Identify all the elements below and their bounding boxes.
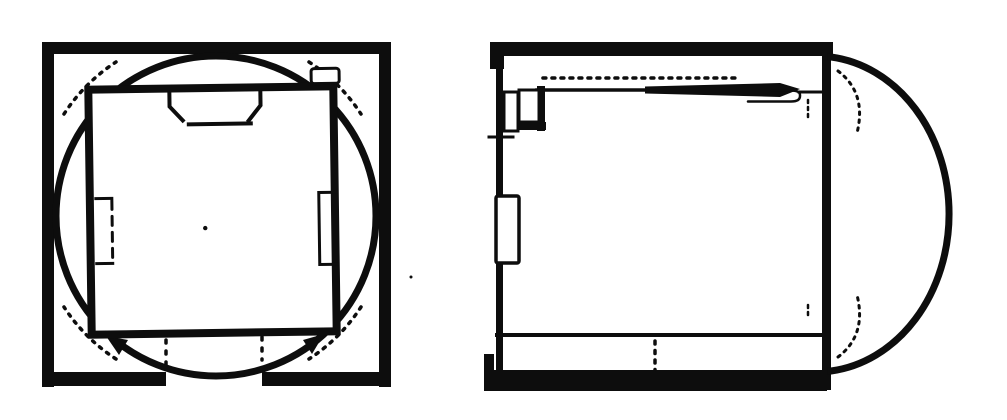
door-swing-arc-top bbox=[838, 71, 860, 133]
figure-bay-room-plan bbox=[484, 42, 949, 391]
left-window bbox=[496, 196, 519, 263]
top-track bbox=[537, 78, 822, 102]
door-swing-arc-bottom bbox=[838, 295, 860, 357]
rotation-arrow-left bbox=[106, 336, 128, 355]
step-tall-box bbox=[504, 92, 518, 131]
doorframe-step-detail bbox=[504, 86, 546, 131]
outer-wall-left bbox=[42, 42, 54, 387]
outer-wall-top bbox=[42, 42, 391, 54]
ink-speck bbox=[410, 276, 413, 279]
figure-square-room-plan bbox=[42, 42, 413, 387]
scanned-drawing-page bbox=[0, 0, 1007, 420]
bay-wall-bottom bbox=[487, 370, 827, 391]
bay-wall-bottom-left-nub bbox=[484, 354, 494, 391]
outer-wall-bottom-right-segment bbox=[262, 372, 391, 386]
drawing-svg bbox=[0, 0, 1007, 420]
semicircular-bay-arc bbox=[831, 57, 949, 371]
inner-cabin bbox=[88, 68, 343, 334]
bay-wall-right bbox=[822, 44, 831, 390]
niche-bottom-line bbox=[189, 123, 251, 124]
outer-wall-bottom-left-segment bbox=[42, 372, 166, 386]
outer-wall-right bbox=[379, 42, 391, 387]
step-short-box bbox=[519, 90, 539, 122]
top-right-notch bbox=[311, 68, 339, 83]
bay-wall-top bbox=[491, 42, 833, 56]
